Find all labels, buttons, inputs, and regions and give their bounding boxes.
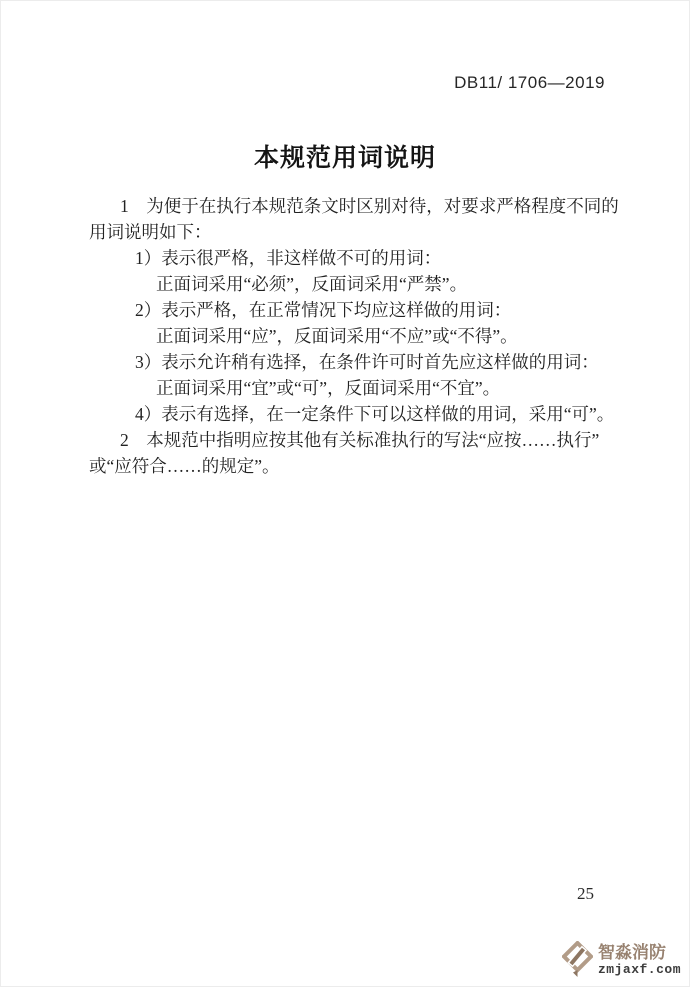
standard-code-header: DB11/ 1706—2019 [454, 73, 605, 93]
item-2-detail: 正面词采用“应”，反面词采用“不应”或“不得”。 [89, 323, 614, 349]
watermark-site-url: zmjaxf.com [598, 963, 681, 976]
item-4-line: 4）表示有选择，在一定条件下可以这样做的用词，采用“可”。 [89, 401, 614, 427]
item-2-line: 2）表示严格，在正常情况下均应这样做的用词： [89, 297, 614, 323]
brand-logo-icon [562, 941, 593, 983]
item-3-line: 3）表示允许稍有选择，在条件许可时首先应这样做的用词： [89, 349, 614, 375]
body-text: 1 为便于在执行本规范条文时区别对待，对要求严格程度不同的 用词说明如下： 1）… [89, 193, 614, 479]
page-title: 本规范用词说明 [1, 138, 689, 174]
item-1-detail: 正面词采用“必须”，反面词采用“严禁”。 [89, 271, 614, 297]
page-number: 25 [577, 884, 594, 904]
item-3-detail: 正面词采用“宜”或“可”，反面词采用“不宜”。 [89, 375, 614, 401]
watermark-texts: 智淼消防 zmjaxf.com [598, 941, 681, 976]
clause-2-line-2: 或“应符合……的规定”。 [89, 453, 614, 479]
clause-1-line-1: 1 为便于在执行本规范条文时区别对待，对要求严格程度不同的 [89, 193, 614, 219]
clause-1-line-2: 用词说明如下： [89, 219, 614, 245]
watermark-logo: 智淼消防 zmjaxf.com [562, 941, 681, 983]
document-page: DB11/ 1706—2019 本规范用词说明 1 为便于在执行本规范条文时区别… [0, 0, 690, 987]
watermark-brand-name: 智淼消防 [598, 944, 681, 961]
item-1-line: 1）表示很严格，非这样做不可的用词： [89, 245, 614, 271]
clause-2-line-1: 2 本规范中指明应按其他有关标准执行的写法“应按……执行” [89, 427, 614, 453]
